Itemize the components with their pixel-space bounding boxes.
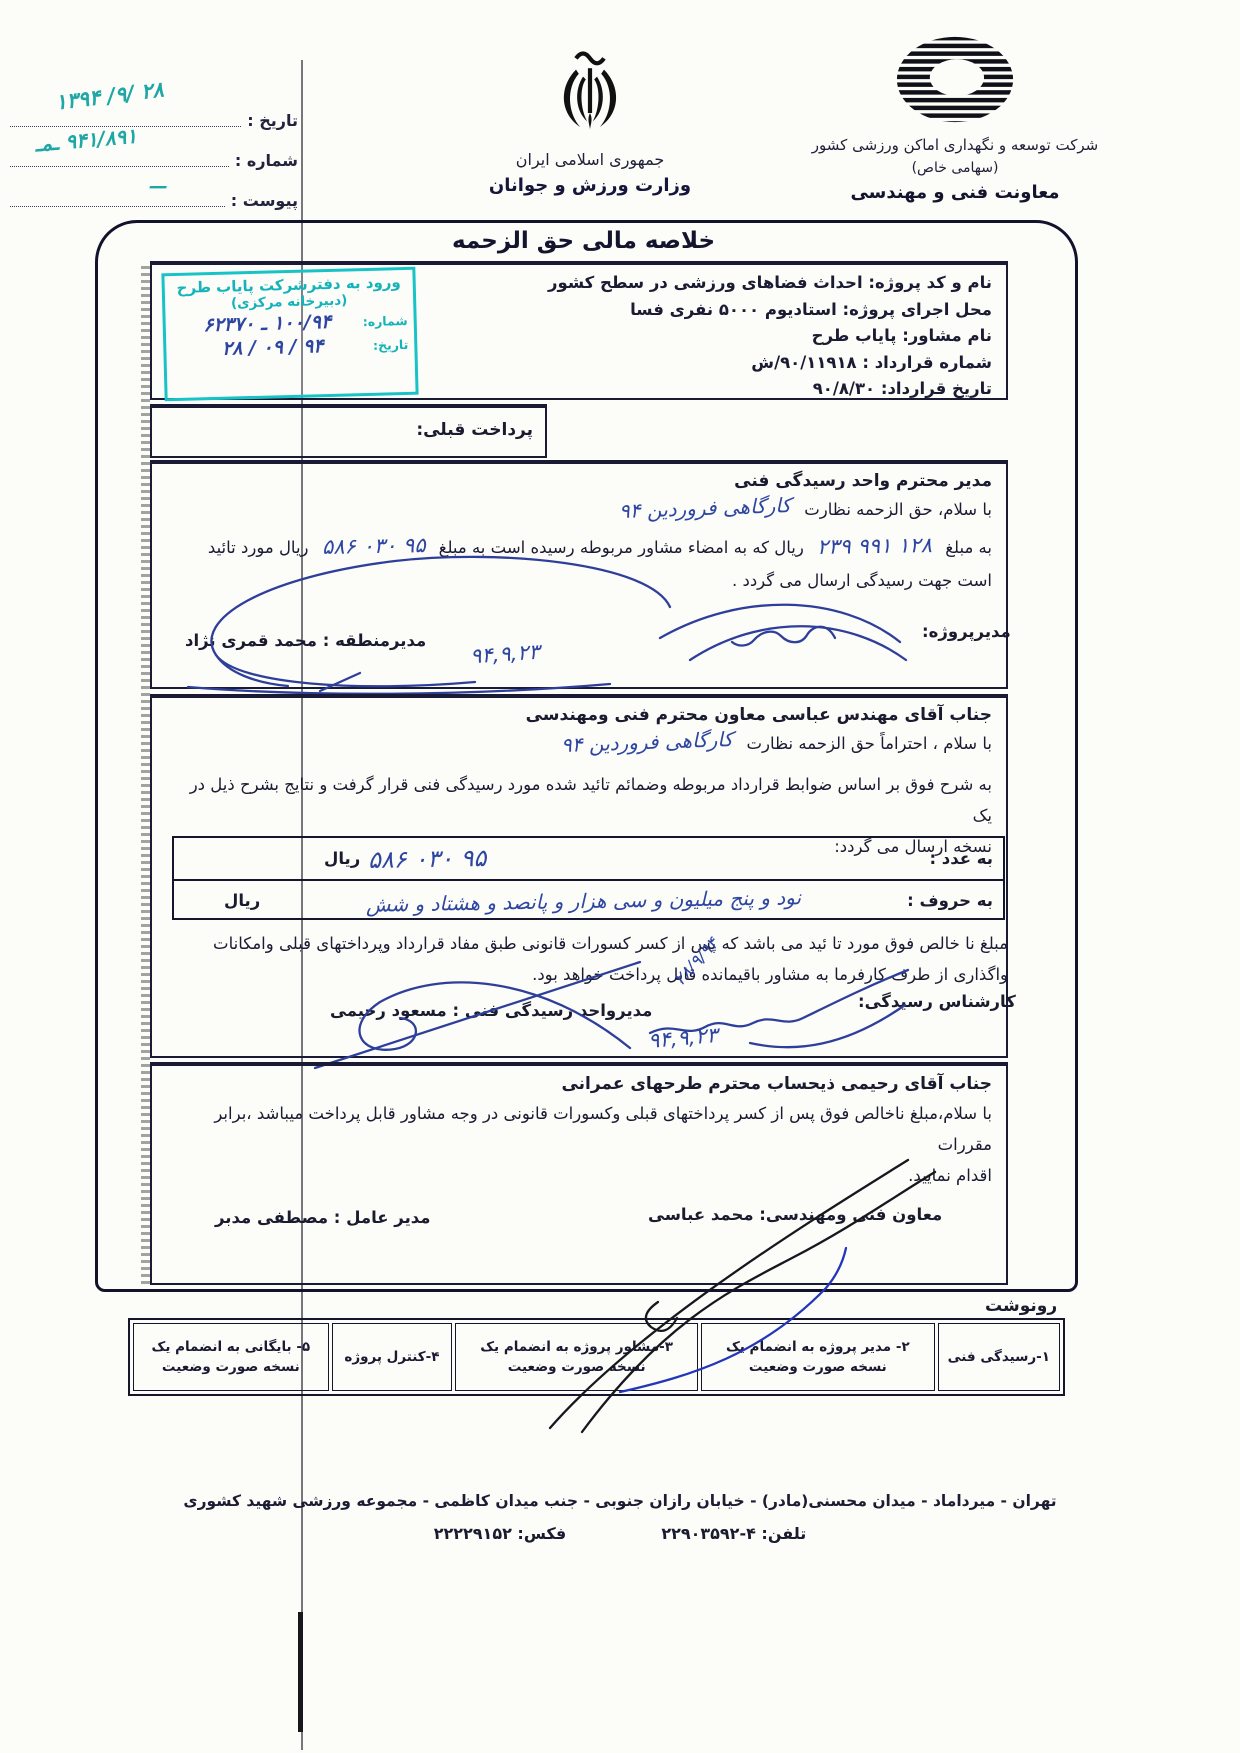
abbasi-subject-handwritten: کارگاهی فروردین ۹۴ [553,724,742,762]
date-row: تاریخ : [10,100,298,130]
copies-cell-4: ۴-کنترل پروژه [332,1323,453,1391]
review-heading: مدیر محترم واحد رسیدگی فنی [166,471,992,491]
footer-address: تهران - میرداماد - میدان محسنی(مادر) - خ… [0,1492,1240,1510]
amount-words-row: به حروف : نود و پنج میلیون و سی هزار و پ… [174,879,1003,920]
ministry-name: وزارت ورزش و جوانان [450,175,730,196]
review-date-handwritten: ۹۴,۹,۲۳ [469,640,540,669]
entry-stamp: ورود به دفترشرکت پایاب طرح (دبیرخانه مرک… [161,267,418,402]
review-subject-handwritten: کارگاهی فروردین ۹۴ [611,490,800,528]
stamp-number-label: شماره: [363,312,408,328]
copies-cell-3: ۳-مشاور پروژه به انضمام یک نسخه صورت وضع… [455,1323,698,1391]
company-logo-icon [892,34,1018,126]
attachment-handwritten: ـــ [150,172,166,193]
copies-table: ۱-رسیدگی فنی ۲- مدیر پروژه به انضمام یک … [128,1318,1065,1396]
amount-numeric-label: به عدد : [929,849,993,868]
unit-manager-label: مدیرواحد رسیدگی فنی : مسعود رحیمی [330,1001,652,1020]
amount-numeric-unit: ریال [324,849,360,868]
copies-heading: رونوشت [985,1296,1057,1316]
review-closing-line: است جهت رسیدگی ارسال می گردد . [166,565,992,596]
attachment-dots [10,188,225,207]
footer-phone: تلفن: ۴-۲۲۹۰۳۵۹۲ [661,1524,806,1543]
net-amount-handwritten: ۹۵ ۰۳۰ ۵۸۶ [314,530,434,563]
date-label: تاریخ : [247,111,298,130]
deputy-name: معاونت فنی و مهندسی [790,182,1120,203]
rahimi-body-line2: اقدام نمایید. [166,1160,992,1191]
company-type: (سهامی خاص) [790,160,1120,176]
stamp-date-value: ۹۴ / ۰۹ / ۲۸ [172,334,373,361]
region-manager-label: مدیرمنطقه : محمد قمری نژاد [185,631,426,650]
review-amount-suffix: ریال مورد تائید [208,538,309,557]
country-name: جمهوری اسلامی ایران [450,150,730,169]
amount-table: به عدد : ۹۵ ۰۳۰ ۵۸۶ ریال به حروف : نود و… [172,836,1005,920]
review-salutation-line: با سلام، حق الزحمه نظارت کارگاهی فروردین… [166,493,992,525]
note-line2: واگذاری از طرف کارفرما به مشاور باقیماند… [162,959,1008,990]
attachment-label: پیوست : [231,191,298,210]
page-title: خلاصه مالی حق الزحمه [95,228,1072,254]
expert-label: کارشناس رسیدگی: [858,992,1016,1011]
previous-payment-label: پرداخت قبلی: [416,420,533,440]
review-salutation: با سلام، حق الزحمه نظارت [804,500,992,519]
rahimi-heading: جناب آقای رحیمی ذیحساب محترم طرحهای عمرا… [166,1074,992,1094]
note-line1: مبلغ نا خالص فوق مورد تا ئید می باشد که … [162,928,1008,959]
page: { "letterhead": { "left": { "date_label"… [0,0,1240,1753]
copies-cell-1: ۱-رسیدگی فنی [938,1323,1060,1391]
scan-speckle-strip [141,262,150,1284]
footer-fax: فکس: ۲۲۲۲۹۱۵۲ [434,1524,567,1543]
amount-words-unit: ریال [224,891,260,910]
project-manager-label: مدیرپروژه: [922,622,1011,641]
amount-numeric-row: به عدد : ۹۵ ۰۳۰ ۵۸۶ ریال [174,838,1003,879]
rahimi-section: جناب آقای رحیمی ذیحساب محترم طرحهای عمرا… [150,1062,1008,1285]
page-fold-mark [298,1612,303,1732]
gross-amount-handwritten: ۱۲۸ ۹۹۱ ۲۳۹ [809,530,940,563]
letterhead-right: شرکت توسعه و نگهداری اماکن ورزشی کشور (س… [790,34,1120,203]
review-amount-mid: ریال که به امضاء مشاور مربوطه رسیده است … [439,538,804,557]
number-label: شماره : [235,151,298,170]
review-amount-line: به مبلغ ۱۲۸ ۹۹۱ ۲۳۹ ریال که به امضاء مشا… [166,531,992,563]
abbasi-salutation: با سلام ، احتراماً حق الزحمه نظارت [746,734,992,753]
stamp-number-value: ۱۰۰/۹۴ ـ ۶۲۳۷۰ [171,310,363,337]
amount-words-label: به حروف : [907,891,993,910]
abbasi-note: مبلغ نا خالص فوق مورد تا ئید می باشد که … [162,928,1008,990]
rahimi-body-line1: با سلام،مبلغ ناخالص فوق پس از کسر پرداخت… [166,1098,992,1160]
abbasi-body-line1: به شرح فوق بر اساس ضوابط قرارداد مربوطه … [166,769,992,831]
deputy-signature-label: معاون فنی ومهندسی: محمد عباسی [648,1205,942,1224]
footer-contact-row: تلفن: ۴-۲۲۹۰۳۵۹۲ فکس: ۲۲۲۲۹۱۵۲ [0,1524,1240,1543]
abbasi-salutation-line: با سلام ، احتراماً حق الزحمه نظارت کارگا… [166,727,992,759]
previous-payment-box: پرداخت قبلی: [150,404,547,458]
amount-words-value-handwritten: نود و پنج میلیون و سی هزار و پانصد و هشت… [260,883,907,918]
copies-cell-5: ۵- بایگانی به انضمام یک نسخه صورت وضعیت [133,1323,329,1391]
iran-emblem-icon [548,42,632,142]
amount-numeric-value-handwritten: ۹۵ ۰۳۰ ۵۸۶ [360,843,495,873]
review-section: مدیر محترم واحد رسیدگی فنی با سلام، حق ا… [150,460,1008,689]
md-label: مدیر عامل : مصطفی مدبر [215,1208,431,1227]
company-name: شرکت توسعه و نگهداری اماکن ورزشی کشور [790,136,1120,154]
review-amount-prefix: به مبلغ [945,538,992,557]
abbasi-heading: جناب آقای مهندس عباسی معاون محترم فنی وم… [166,705,992,725]
stamp-date-label: تاریخ: [373,336,409,352]
copies-cell-2: ۲- مدیر پروژه به انضمام یک نسخه صورت وضع… [701,1323,935,1391]
letterhead-center: جمهوری اسلامی ایران وزارت ورزش و جوانان [450,42,730,196]
